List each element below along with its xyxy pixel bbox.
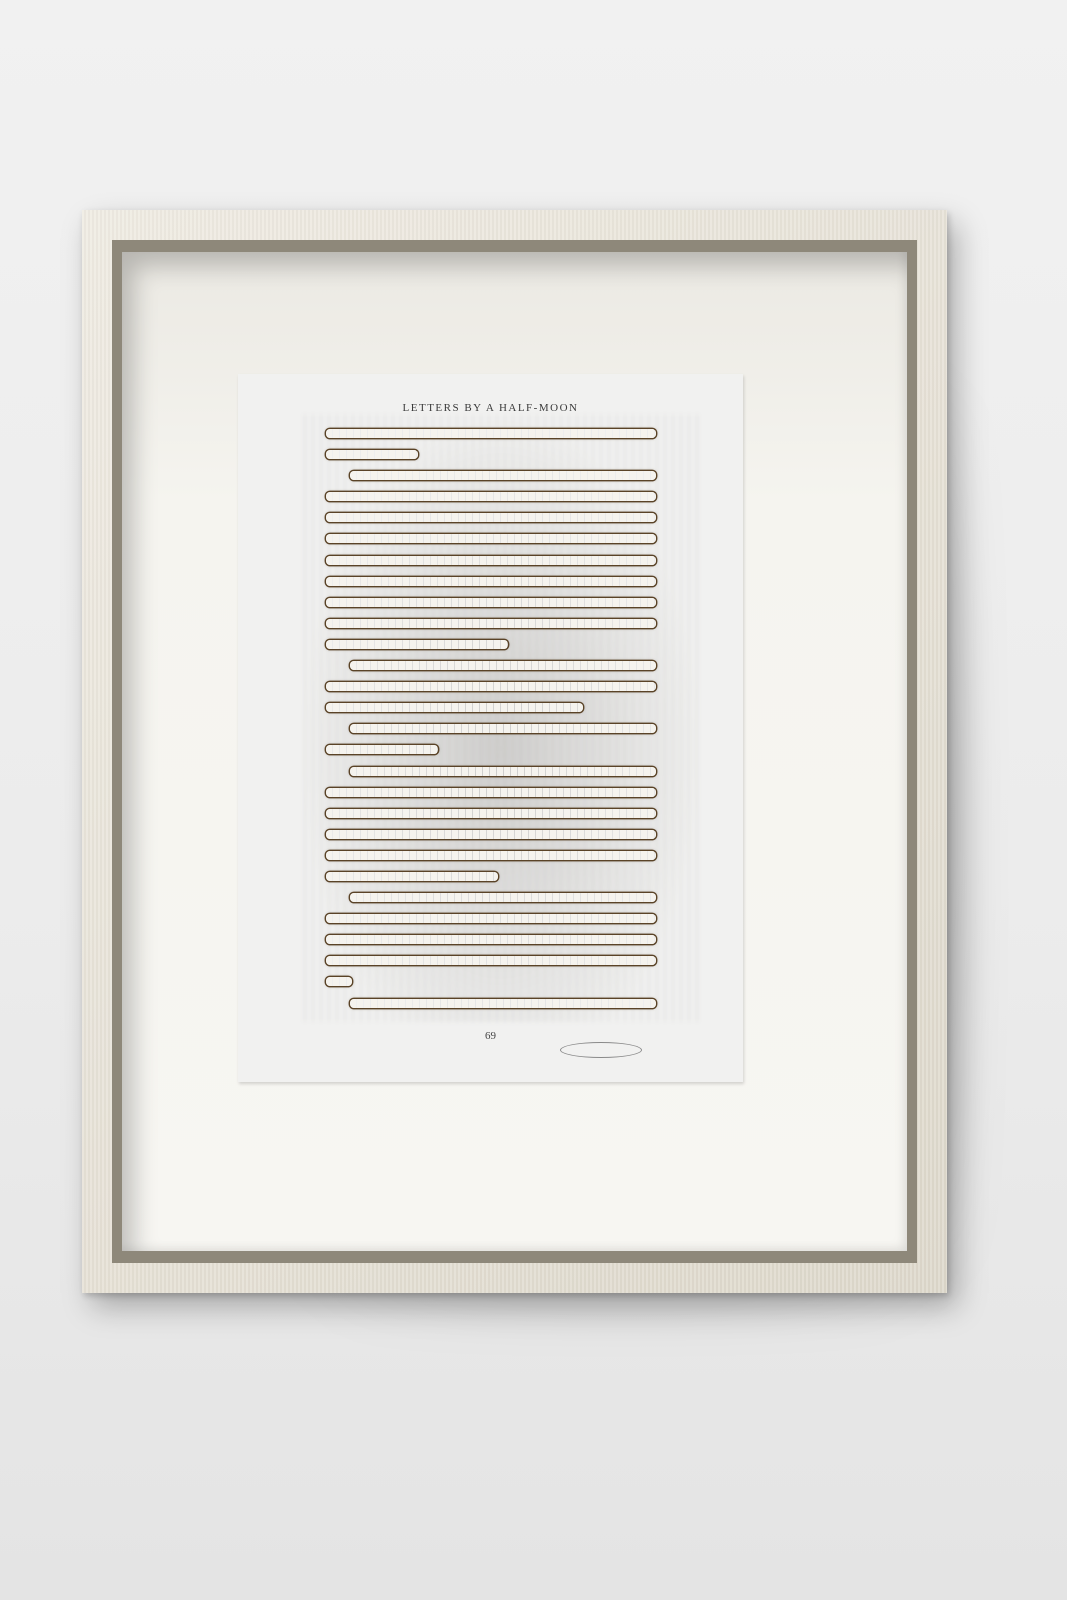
burned-text-line xyxy=(350,724,656,733)
artist-signature xyxy=(560,1042,642,1058)
burned-text-line xyxy=(326,703,583,712)
burned-text-line xyxy=(326,851,656,860)
burned-text-line xyxy=(326,830,656,839)
burned-text-line xyxy=(326,450,418,459)
burned-text-line xyxy=(326,809,656,818)
burned-text-line xyxy=(350,999,656,1008)
book-page: LETTERS BY A HALF-MOON 69 xyxy=(238,374,743,1082)
burned-text-line xyxy=(326,492,656,501)
burned-text-line xyxy=(350,661,656,670)
burned-text-line xyxy=(326,598,656,607)
running-head: LETTERS BY A HALF-MOON xyxy=(238,402,743,414)
burned-text-line xyxy=(326,914,656,923)
burned-text-line xyxy=(350,471,656,480)
burned-text-line xyxy=(326,935,656,944)
burned-text-line xyxy=(326,577,656,586)
burned-text-block xyxy=(326,429,656,1020)
burned-text-line xyxy=(326,619,656,628)
burned-text-line xyxy=(326,956,656,965)
burned-text-line xyxy=(326,977,352,986)
burned-text-line xyxy=(326,534,656,543)
burned-text-line xyxy=(326,788,656,797)
burned-text-line xyxy=(326,640,508,649)
burned-text-line xyxy=(350,893,656,902)
burned-text-line xyxy=(350,767,656,776)
burned-text-line xyxy=(326,429,656,438)
burned-text-line xyxy=(326,682,656,691)
burned-text-line xyxy=(326,745,438,754)
burned-text-line xyxy=(326,872,498,881)
burned-text-line xyxy=(326,556,656,565)
burned-text-line xyxy=(326,513,656,522)
page-number: 69 xyxy=(238,1030,743,1042)
